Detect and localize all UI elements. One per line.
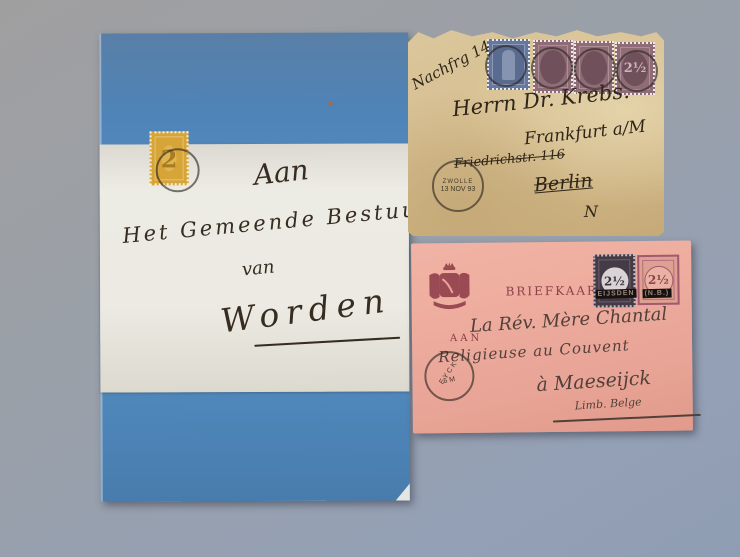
cancel-circle-2 — [531, 47, 573, 89]
postmark-date-text: 13 NOV 93 — [441, 186, 476, 193]
card-postmark-time: 5 M — [443, 376, 456, 385]
card-underline-flourish — [553, 414, 701, 423]
briefkaart-postcard: BRIEFKAART 2½ 2½ EIJSDEN (N.B.) AAN La R… — [411, 241, 693, 434]
photo-scene: 2 Aan Het Gemeende Bestuur van Worden — [0, 0, 740, 557]
handwritten-maeseijck: à Maeseijck — [536, 369, 651, 395]
folded-corner — [396, 483, 410, 500]
postmark-circle — [156, 148, 200, 192]
paper-speck — [328, 102, 332, 106]
handwritten-van: van — [241, 259, 275, 280]
handwritten-berlin-struck: Berlin — [533, 171, 593, 195]
zwolle-postmark: ZWOLLE 13 NOV 93 — [432, 160, 484, 212]
handwritten-limb-belge: Limb. Belge — [574, 396, 642, 411]
line-cancel-right: (N.B.) — [642, 289, 671, 299]
envelope-krebs: 2½ Nachfrg 14 Herrn Dr. Krebs. Frankfurt… — [408, 28, 664, 236]
blue-folded-letter: 2 Aan Het Gemeende Bestuur van Worden — [99, 32, 410, 501]
coat-of-arms-icon — [425, 261, 474, 313]
handwritten-chantal: La Rév. Mère Chantal — [469, 306, 667, 336]
handwritten-notation: Nachfrg 14 — [410, 39, 493, 93]
eyck-postmark: EYCK 5 M — [424, 351, 475, 402]
handwritten-frankfurt: Frankfurt a/M — [523, 119, 646, 149]
handwritten-aan: Aan — [252, 156, 310, 190]
line-cancel-left: EIJSDEN — [595, 289, 636, 299]
handwritten-n: N — [584, 204, 598, 220]
postmark-town-text: ZWOLLE — [443, 179, 474, 185]
affixed-dark-stamp: 2½ — [593, 254, 636, 307]
